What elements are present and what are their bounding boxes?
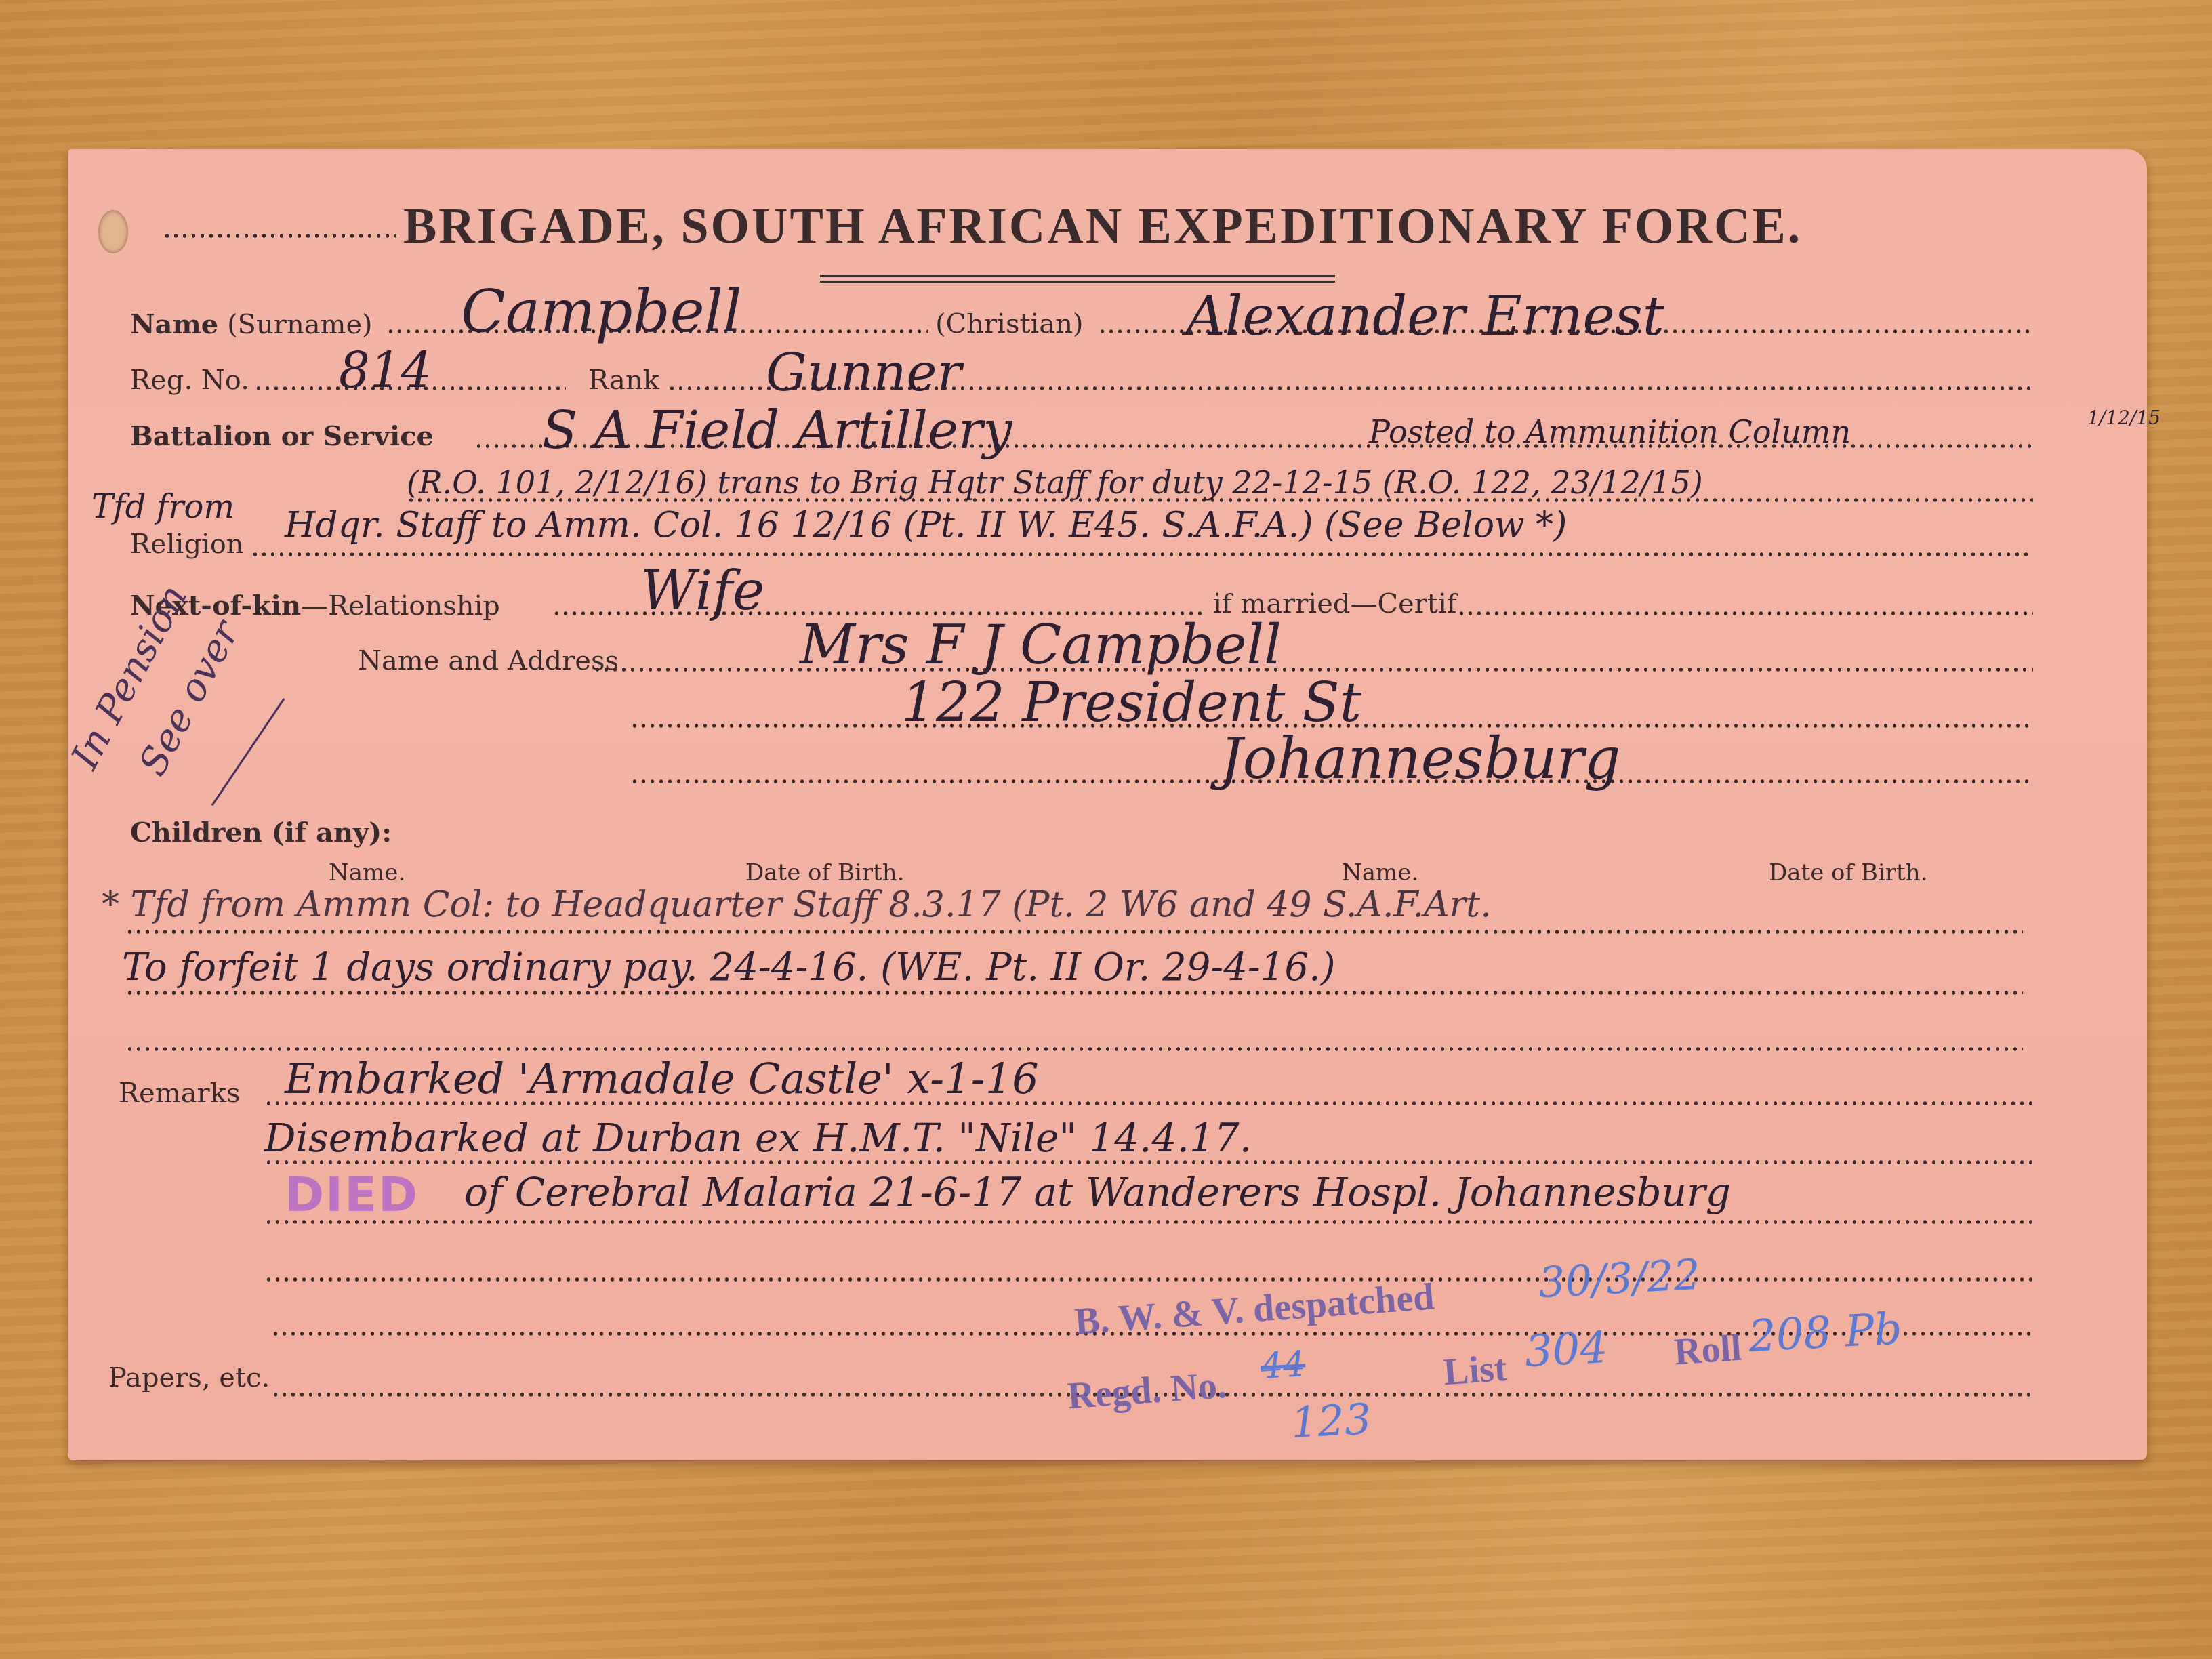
papers-label: Papers, etc.	[108, 1362, 270, 1393]
name-label-text: Name	[130, 308, 218, 340]
children-dots-1	[125, 930, 2023, 934]
children-label: Children (if any):	[130, 817, 392, 848]
christian-name-value: Alexander Ernest	[1186, 285, 1664, 348]
relationship-value: Wife	[640, 559, 764, 622]
remarks-embarked: Embarked 'Armadale Castle' x-1-16	[285, 1054, 1039, 1103]
children-row-transfer-note: * Tfd from Ammn Col: to Headquarter Staf…	[102, 884, 1492, 925]
punch-hole	[98, 210, 128, 253]
religion-transfer-note: Hdqr. Staff to Amm. Col. 16 12/16 (Pt. I…	[285, 505, 1567, 546]
children-dots-3	[125, 1047, 2023, 1051]
name-address-label: Name and Address	[358, 645, 619, 676]
kin-address-line2: Johannesburg	[1220, 725, 1620, 792]
list-value: 304	[1523, 1323, 1609, 1377]
roll-value: 208 Pb	[1747, 1304, 1903, 1362]
regd-no-struck-value: 44	[1259, 1344, 1306, 1387]
title-dot-leader	[163, 234, 396, 238]
title-rule	[820, 275, 1335, 277]
remarks-dots-3	[264, 1220, 2033, 1224]
died-stamp: DIED	[285, 1167, 419, 1223]
roll-stamp: Roll	[1673, 1326, 1743, 1374]
battalion-transfer-note: (R.O. 101, 2/12/16) trans to Brig Hqtr S…	[407, 464, 1703, 501]
name-label: Name (Surname)	[130, 308, 373, 340]
certif-dots	[1457, 611, 2033, 615]
remarks-label: Remarks	[119, 1078, 240, 1109]
relationship-label: —Relationship	[301, 590, 500, 621]
child-dob-header-2: Date of Birth.	[1769, 859, 1927, 886]
child-dob-header-1: Date of Birth.	[745, 859, 904, 886]
bwv-despatched-date: 30/3/22	[1537, 1250, 1702, 1307]
christian-label: (Christian)	[935, 308, 1084, 340]
title-rule	[820, 281, 1335, 283]
religion-dots	[251, 552, 2033, 556]
remarks-disembarked: Disembarked at Durban ex H.M.T. "Nile" 1…	[264, 1115, 1252, 1161]
children-dots-2	[125, 991, 2023, 995]
rank-label: Rank	[588, 365, 659, 396]
list-stamp: List	[1442, 1347, 1509, 1394]
reg-no-value: 814	[339, 342, 432, 399]
regd-no-value: 123	[1290, 1394, 1372, 1448]
battalion-posted-date: 1/12/15	[2087, 407, 2160, 429]
battalion-label: Battalion or Service	[130, 420, 434, 452]
battalion-value: S A Field Artillery	[542, 400, 1012, 460]
child-name-header-1: Name.	[329, 859, 405, 886]
religion-label: Religion	[130, 529, 244, 560]
surname-value: Campbell	[461, 278, 742, 346]
surname-label: (Surname)	[227, 309, 373, 340]
battalion-posted-note: Posted to Ammunition Column	[1369, 413, 1851, 450]
reg-no-label: Reg. No.	[130, 365, 249, 396]
remarks-death: of Cerebral Malaria 21-6-17 at Wanderers…	[464, 1169, 1731, 1215]
kin-name-value: Mrs F J Campbell	[800, 613, 1282, 676]
forfeit-pay-note: To forfeit 1 days ordinary pay. 24-4-16.…	[122, 945, 1336, 989]
child-name-header-2: Name.	[1342, 859, 1418, 886]
rank-value: Gunner	[766, 342, 962, 403]
remarks-dots-4	[264, 1277, 2033, 1282]
form-title: BRIGADE, SOUTH AFRICAN EXPEDITIONARY FOR…	[403, 198, 1802, 255]
transfer-prefix-note: Tfd from	[91, 488, 234, 526]
